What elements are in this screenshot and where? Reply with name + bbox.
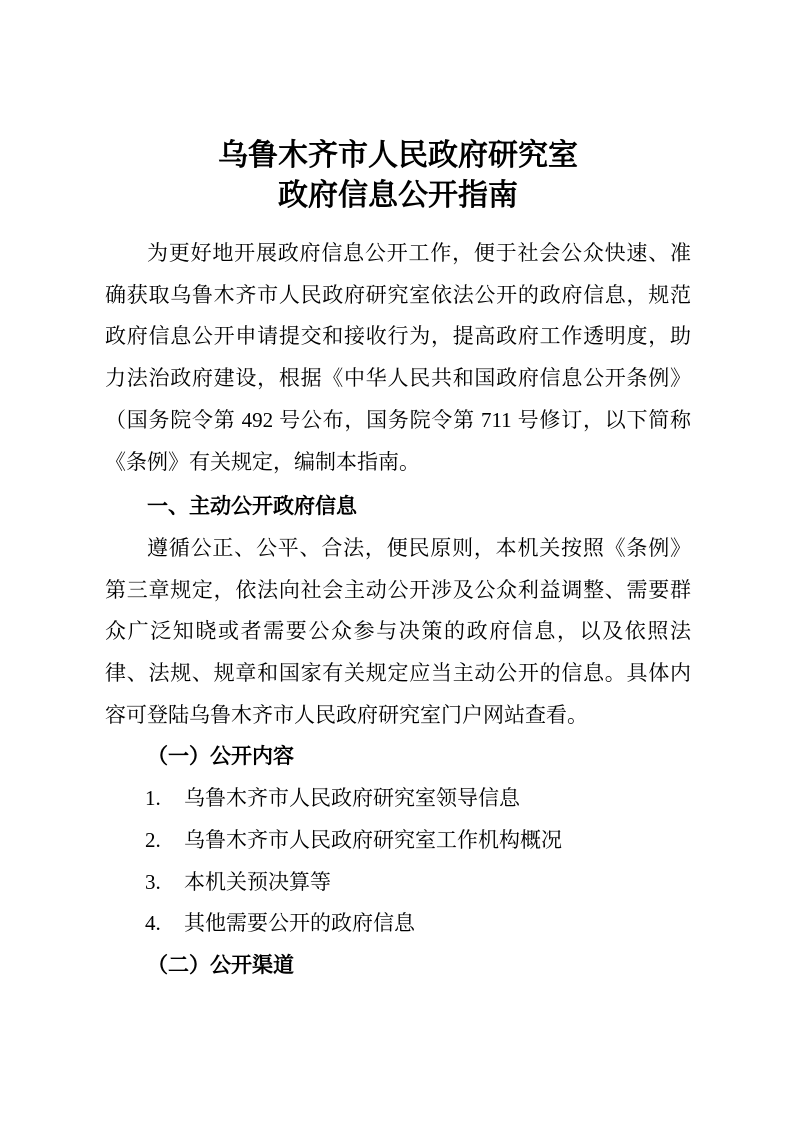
list-item-number: 2.: [145, 820, 184, 862]
subsection-heading-disclosure-channels: （二）公开渠道: [105, 945, 691, 987]
section-heading-active-disclosure: 一、主动公开政府信息: [105, 486, 691, 528]
list-item-text: 乌鲁木齐市人民政府研究室领导信息: [184, 778, 691, 820]
list-item: 2. 乌鲁木齐市人民政府研究室工作机构概况: [105, 820, 691, 862]
intro-paragraph: 为更好地开展政府信息公开工作，便于社会公众快速、准确获取乌鲁木齐市人民政府研究室…: [105, 233, 691, 483]
list-item: 1. 乌鲁木齐市人民政府研究室领导信息: [105, 778, 691, 820]
list-item: 4. 其他需要公开的政府信息: [105, 903, 691, 945]
list-item-number: 1.: [145, 778, 184, 820]
disclosure-content-list: 1. 乌鲁木齐市人民政府研究室领导信息 2. 乌鲁木齐市人民政府研究室工作机构概…: [105, 778, 691, 945]
list-item: 3. 本机关预决算等: [105, 862, 691, 904]
list-item-number: 4.: [145, 903, 184, 945]
list-item-text: 其他需要公开的政府信息: [184, 903, 691, 945]
list-item-number: 3.: [145, 862, 184, 904]
subsection-heading-disclosure-content: （一）公开内容: [105, 736, 691, 778]
list-item-text: 本机关预决算等: [184, 862, 691, 904]
document-title: 乌鲁木齐市人民政府研究室 政府信息公开指南: [105, 136, 691, 216]
document-title-line-1: 乌鲁木齐市人民政府研究室: [105, 136, 691, 176]
document-title-line-2: 政府信息公开指南: [105, 176, 691, 216]
document-page: 乌鲁木齐市人民政府研究室 政府信息公开指南 为更好地开展政府信息公开工作，便于社…: [0, 0, 793, 1122]
document-content: 乌鲁木齐市人民政府研究室 政府信息公开指南 为更好地开展政府信息公开工作，便于社…: [105, 136, 691, 987]
section-body-active-disclosure: 遵循公正、公平、合法，便民原则，本机关按照《条例》第三章规定，依法向社会主动公开…: [105, 528, 691, 737]
list-item-text: 乌鲁木齐市人民政府研究室工作机构概况: [184, 820, 691, 862]
